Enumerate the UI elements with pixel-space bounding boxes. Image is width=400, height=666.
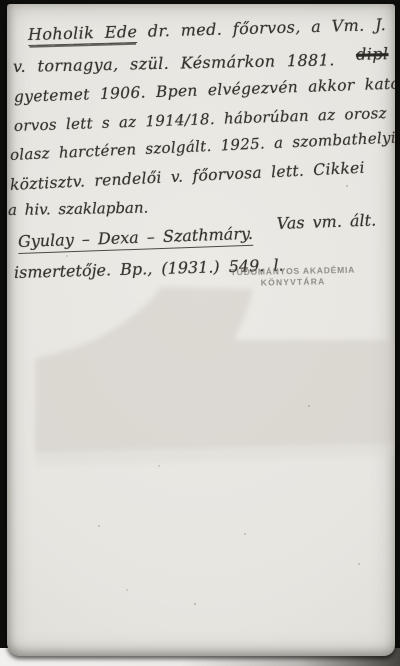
strikethrough-word: dipl [356, 44, 389, 64]
note-line-7: a hiv. szaklapban. [8, 199, 149, 219]
scan-background: Hoholik Ede dr. med. főorvos, a Vm. J. v… [0, 0, 400, 666]
archive-card: Hoholik Ede dr. med. főorvos, a Vm. J. v… [7, 4, 395, 656]
library-stamp: TUDOMÁNYOS AKADÉMIA KÖNYVTÁRA [220, 264, 366, 289]
person-name: Hoholik Ede [28, 22, 138, 46]
citation-line-1-rest: Vas vm. ált. [276, 210, 376, 232]
